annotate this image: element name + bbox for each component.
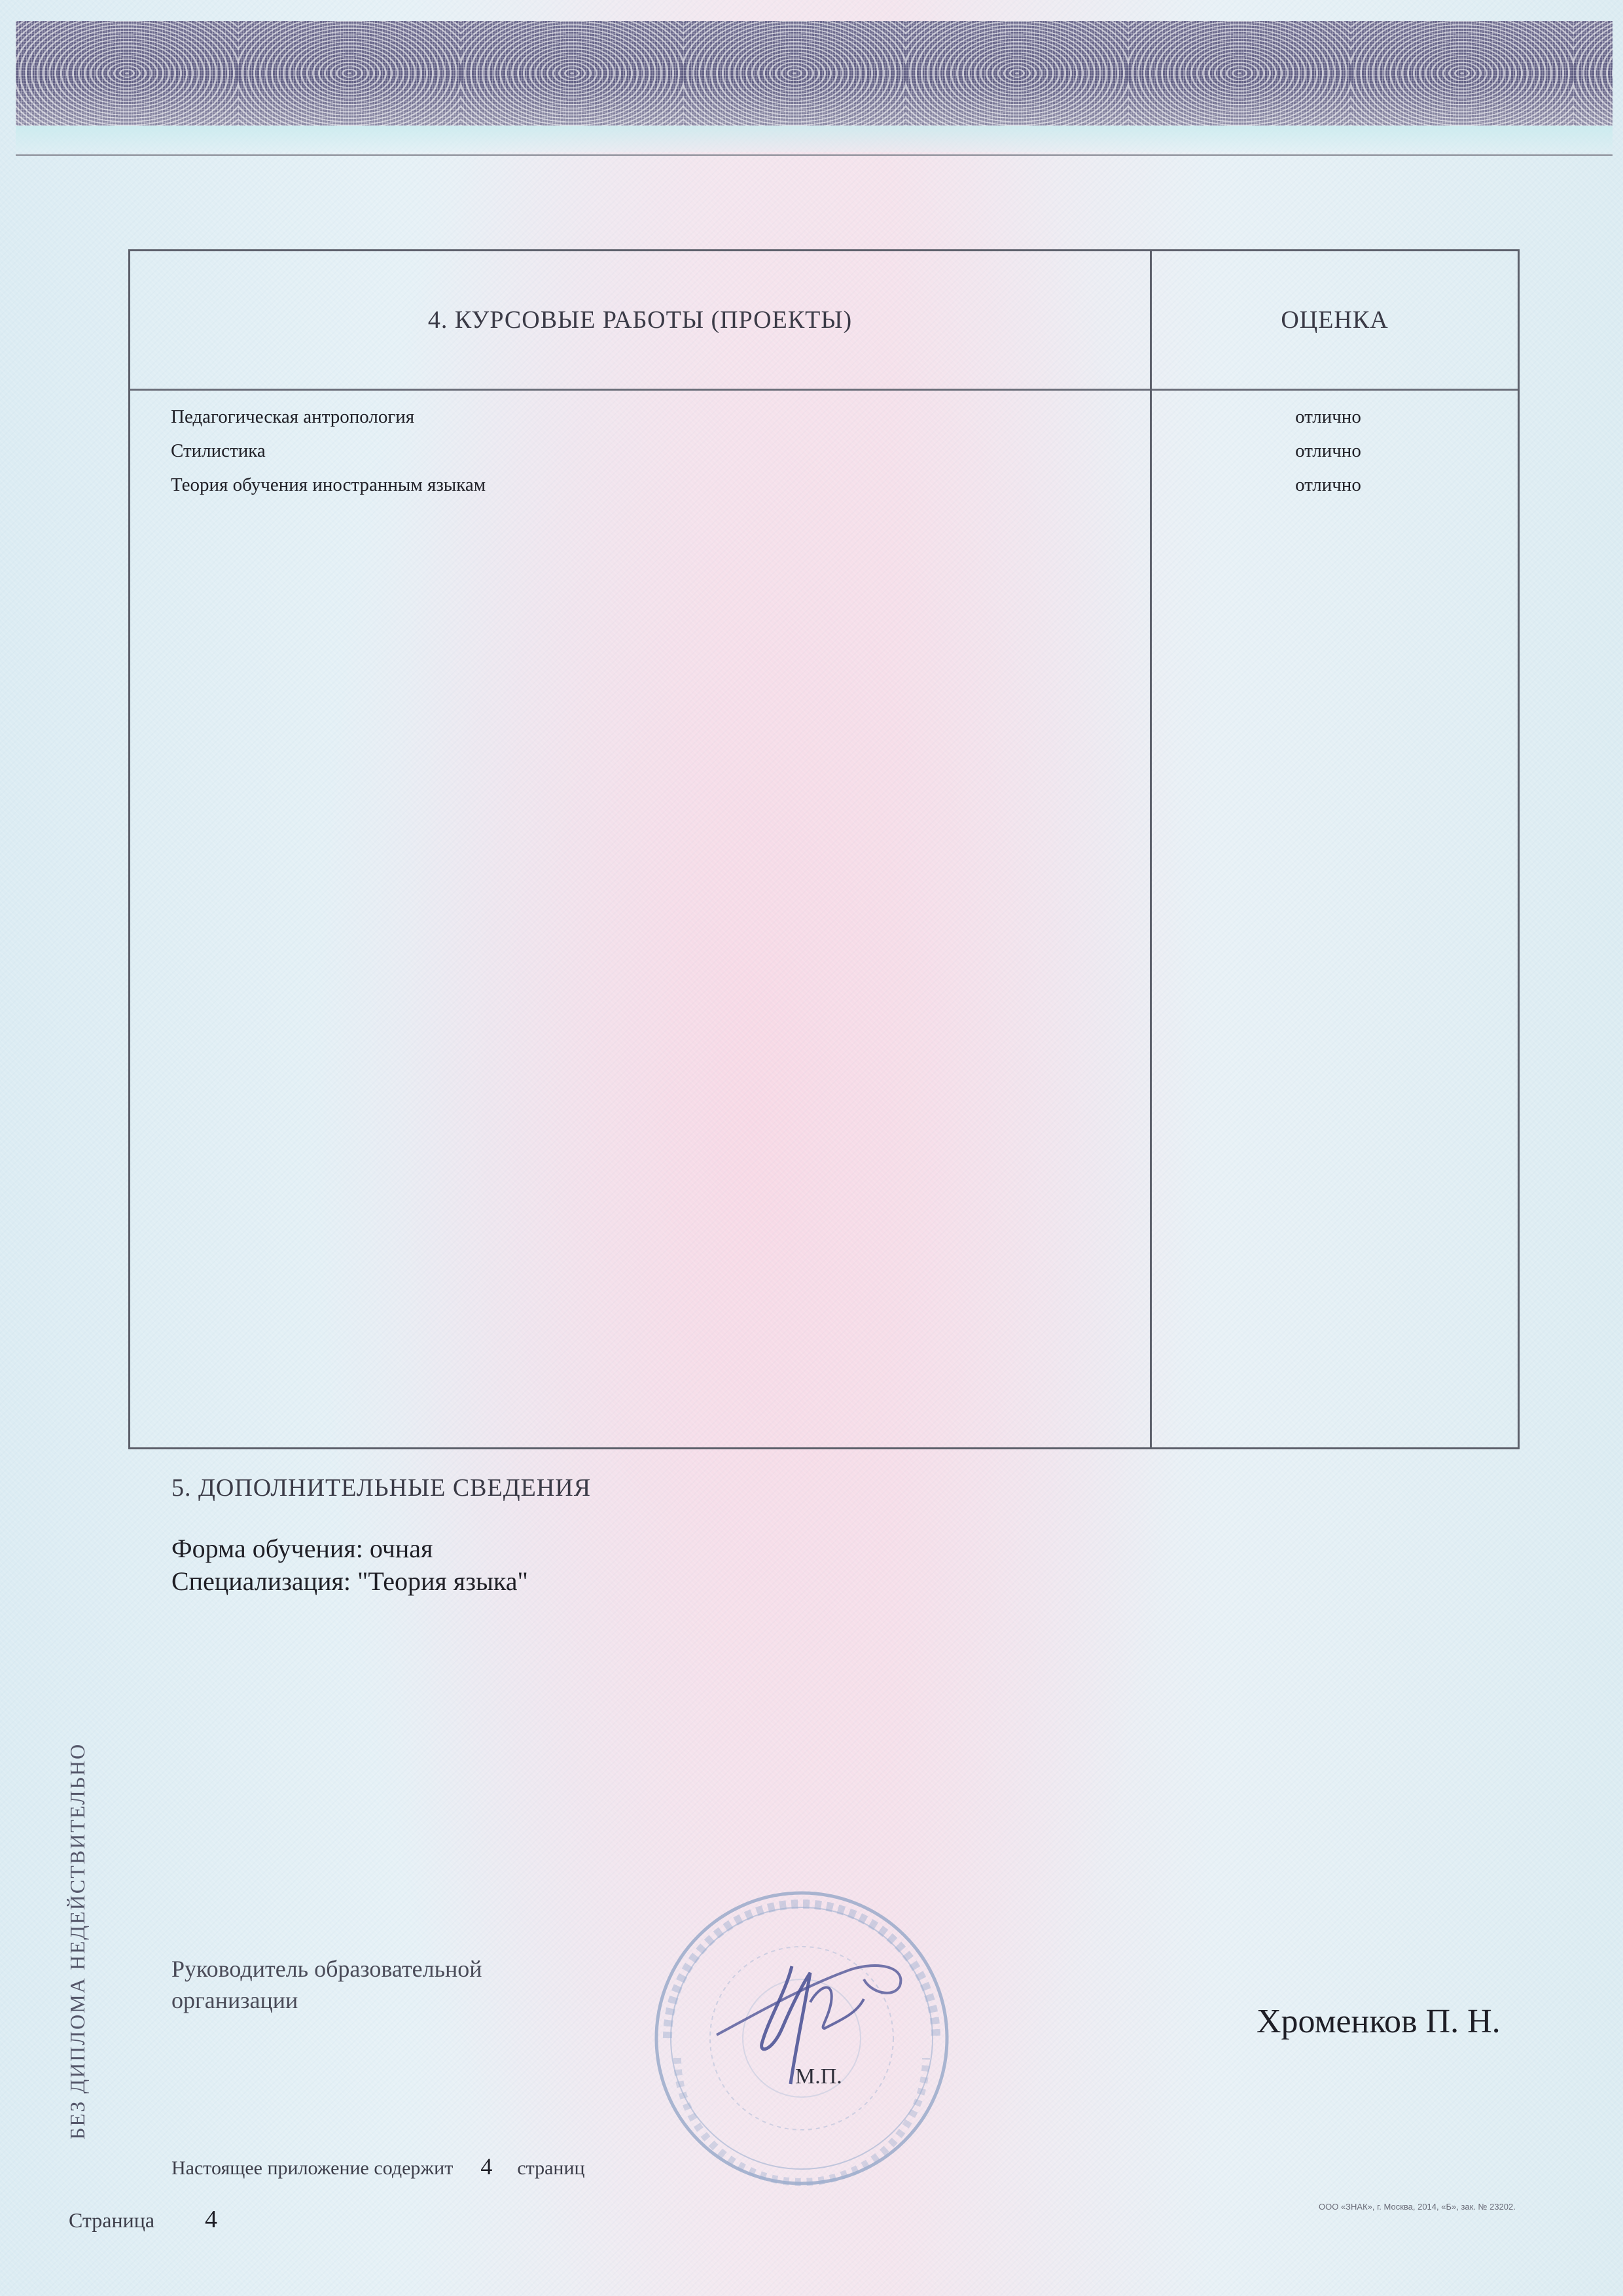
table-header-grade: ОЦЕНКА [1152,251,1518,389]
course-grade: отлично [1152,468,1518,502]
validity-watermark: БЕЗ ДИПЛОМА НЕДЕЙСТВИТЕЛЬНО [65,1743,90,2140]
table-row: Стилистика отлично [130,434,1518,468]
specialization: Специализация: "Теория языка" [171,1566,528,1597]
pages-prefix: Настоящее приложение содержит [171,2157,453,2179]
signer-name: Хроменков П. Н. [1257,2002,1501,2041]
course-grade: отлично [1152,400,1518,434]
study-form: Форма обучения: очная [171,1533,433,1564]
table-row: Теория обучения иностранным языкам отлич… [130,468,1518,502]
printer-imprint: ООО «ЗНАК», г. Москва, 2014, «Б», зак. №… [1319,2202,1516,2212]
course-name: Педагогическая антропология [171,400,414,434]
guilloche-border [16,21,1613,126]
course-grade: отлично [1152,434,1518,468]
header-rule [16,154,1613,156]
stamp-place-label: М.П. [795,2064,842,2089]
course-name: Теория обучения иностранным языкам [171,468,486,502]
head-of-organization-label: Руководитель образовательной организации [171,1953,482,2016]
table-body: Педагогическая антропология отлично Стил… [130,391,1518,502]
pages-count: 4 [480,2153,492,2180]
section5-title: 5. ДОПОЛНИТЕЛЬНЫЕ СВЕДЕНИЯ [171,1474,591,1502]
table-header-course: 4. КУРСОВЫЕ РАБОТЫ (ПРОЕКТЫ) [130,251,1150,389]
head-label-line1: Руководитель образовательной [171,1953,482,1985]
page-number: 4 [205,2205,217,2234]
official-stamp-icon [648,1888,955,2189]
pages-suffix: страниц [517,2157,584,2179]
page-label: Страница [69,2208,154,2233]
coursework-table: 4. КУРСОВЫЕ РАБОТЫ (ПРОЕКТЫ) ОЦЕНКА Педа… [128,249,1520,1449]
course-name: Стилистика [171,434,266,468]
page-count-statement: Настоящее приложение содержит4страниц [171,2153,585,2180]
head-label-line2: организации [171,1985,482,2016]
guilloche-fade [16,126,1613,152]
table-row: Педагогическая антропология отлично [130,400,1518,434]
